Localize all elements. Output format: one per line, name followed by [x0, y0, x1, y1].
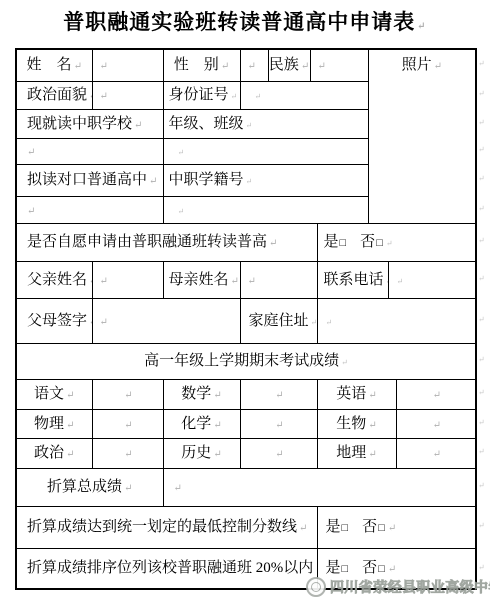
- paragraph-mark: ↵: [87, 91, 92, 102]
- current-school-label: 现就读中职学校: [27, 116, 132, 132]
- paragraph-mark: ↵: [211, 420, 221, 431]
- row-cutoff-question: 折算成绩达到统一划定的最低控制分数线↵ 是□否□↵: [16, 506, 476, 548]
- subject-score-cell: ↵: [396, 409, 476, 438]
- scores-header-cell: 高一年级上学期期末考试成绩↵: [16, 343, 476, 379]
- application-form-table: 姓 名↵ ↵ 性 别↵ ↵ 民族↵ ↵ 照片↵ 政治面貌↵ ↵ 身份证号↵ ↵ …: [15, 48, 477, 590]
- subject-label-cell: 政治↵: [16, 438, 92, 468]
- page-title: 普职融通实验班转读普通高中申请表↵: [0, 6, 490, 36]
- subject-label-cell: 生物↵: [317, 409, 396, 438]
- paragraph-mark: ↵: [211, 449, 221, 460]
- grade-class-input-cell: ↵: [163, 138, 368, 164]
- signature-label-cell: 父母签字↵: [16, 298, 92, 343]
- address-label-cell: 家庭住址↵: [240, 298, 317, 343]
- paragraph-mark: ↵: [246, 276, 256, 287]
- row-signature-address: 父母签字↵ ↵ 家庭住址↵ ↵: [16, 298, 476, 343]
- subject-score-cell: ↵: [396, 379, 476, 409]
- paragraph-mark: ↵: [316, 61, 326, 72]
- subject-score-cell: ↵: [92, 379, 163, 409]
- voluntary-options-cell: 是□否□↵: [317, 223, 476, 261]
- no-label: 否: [362, 560, 377, 576]
- school-watermark-text: 四川省荥经县职业高级中学: [330, 577, 490, 597]
- row-end-mark: ↵: [478, 482, 485, 490]
- name-label: 姓 名: [27, 57, 72, 73]
- subject-label: 物理: [34, 416, 64, 432]
- mother-name-label-cell: 母亲姓名↵: [163, 261, 240, 298]
- subject-score-cell: ↵: [396, 438, 476, 468]
- paragraph-mark: ↵: [172, 483, 182, 494]
- cell-mark: ↵: [176, 148, 185, 157]
- signature-input-cell: ↵: [92, 298, 240, 343]
- paragraph-mark: ↵: [87, 276, 92, 287]
- paragraph-mark: ↵: [386, 564, 396, 575]
- paragraph-mark: ↵: [299, 61, 309, 72]
- school-seal-icon: [306, 577, 326, 597]
- cell-mark: ↵: [395, 277, 404, 286]
- yes-label: 是: [326, 560, 341, 576]
- paragraph-mark: ↵: [366, 449, 376, 460]
- paragraph-mark: ↵: [386, 523, 396, 534]
- political-status-input-cell: ↵: [92, 81, 163, 109]
- vocational-id-label-cell: 中职学籍号↵: [163, 164, 368, 196]
- paragraph-mark: ↵: [366, 390, 376, 401]
- voluntary-question-cell: 是否自愿申请由普职融通班转读普高↵: [16, 223, 317, 261]
- grade-class-label-cell: 年级、班级↵: [163, 109, 368, 138]
- paragraph-mark: ↵: [366, 420, 376, 431]
- paragraph-mark: ↵: [273, 390, 283, 401]
- name-label-cell: 姓 名↵: [16, 49, 92, 81]
- cell-mark: ↵: [244, 121, 253, 130]
- subject-label-cell: 地理↵: [317, 438, 396, 468]
- paragraph-mark: ↵: [72, 61, 82, 72]
- mother-name-input-cell: ↵: [240, 261, 317, 298]
- address-label: 家庭住址: [249, 313, 309, 329]
- row-scores-1: 语文↵ ↵ 数学↵ ↵ 英语↵ ↵: [16, 379, 476, 409]
- subject-label-cell: 数学↵: [163, 379, 240, 409]
- paragraph-mark: ↵: [64, 420, 74, 431]
- row-end-mark: ↵: [478, 316, 485, 324]
- yes-checkbox-icon: □: [341, 522, 350, 534]
- row-end-mark: ↵: [478, 205, 485, 213]
- no-label: 否: [360, 234, 375, 250]
- gender-label: 性 别: [174, 57, 219, 73]
- current-school-input-cell: ↵: [16, 138, 163, 164]
- paragraph-mark: ↵: [431, 420, 441, 431]
- paragraph-mark: ↵: [415, 21, 426, 32]
- paragraph-mark: ↵: [122, 390, 132, 401]
- grade-class-label: 年级、班级: [169, 116, 244, 132]
- paragraph-mark: ↵: [219, 61, 229, 72]
- row-end-mark: ↵: [478, 60, 485, 68]
- ethnicity-input-cell: ↵: [310, 49, 368, 81]
- row-end-mark: ↵: [478, 175, 485, 183]
- subject-score-cell: ↵: [92, 409, 163, 438]
- row-parents: 父亲姓名↵ ↵ 母亲姓名↵ ↵ 联系电话↵ ↵: [16, 261, 476, 298]
- paragraph-mark: ↵: [98, 61, 108, 72]
- paragraph-mark: ↵: [229, 276, 239, 287]
- subject-label-cell: 物理↵: [16, 409, 92, 438]
- total-score-label-cell: 折算总成绩↵: [16, 468, 163, 506]
- cell-mark: ↵: [384, 277, 389, 286]
- paragraph-mark: ↵: [122, 449, 132, 460]
- paragraph-mark: ↵: [122, 420, 132, 431]
- subject-score-cell: ↵: [92, 438, 163, 468]
- row-end-mark: ↵: [478, 275, 485, 283]
- subject-score-cell: ↵: [240, 409, 317, 438]
- paragraph-mark: ↵: [122, 483, 132, 494]
- total-score-input-cell: ↵: [163, 468, 476, 506]
- political-status-label: 政治面貌: [27, 87, 87, 103]
- name-input-cell: ↵: [92, 49, 163, 81]
- paragraph-mark: ↵: [64, 390, 74, 401]
- total-score-label: 折算总成绩: [47, 479, 122, 495]
- paragraph-mark: ↵: [431, 449, 441, 460]
- no-label: 否: [362, 519, 377, 535]
- row-scores-header: 高一年级上学期期末考试成绩↵: [16, 343, 476, 379]
- subject-label-cell: 英语↵: [317, 379, 396, 409]
- no-checkbox-icon: □: [377, 563, 386, 575]
- id-number-label-cell: 身份证号↵: [163, 81, 240, 109]
- ranking-question-label: 折算成绩排序位列该校普职融通班 20%以内: [27, 560, 313, 576]
- row-end-mark: ↵: [478, 90, 485, 98]
- political-status-label-cell: 政治面貌↵: [16, 81, 92, 109]
- cell-mark: ↵: [244, 177, 253, 186]
- paragraph-mark: ↵: [211, 390, 221, 401]
- cutoff-question-cell: 折算成绩达到统一划定的最低控制分数线↵: [16, 506, 317, 548]
- subject-label: 生物: [336, 416, 366, 432]
- subject-score-cell: ↵: [240, 379, 317, 409]
- paragraph-mark: ↵: [25, 147, 35, 158]
- cell-mark: ↵: [339, 358, 348, 367]
- ethnicity-label: 民族: [269, 57, 299, 73]
- cell-mark: ↵: [384, 239, 393, 248]
- voluntary-question-label: 是否自愿申请由普职融通班转读普高: [27, 234, 267, 250]
- address-input-cell: ↵: [317, 298, 476, 343]
- no-checkbox-icon: □: [377, 522, 386, 534]
- mother-name-label: 母亲姓名: [169, 272, 229, 288]
- cell-mark: ↵: [324, 318, 333, 327]
- gender-label-cell: 性 别↵: [163, 49, 240, 81]
- paragraph-mark: ↵: [273, 449, 283, 460]
- phone-label-cell: 联系电话↵: [317, 261, 388, 298]
- subject-label: 政治: [34, 445, 64, 461]
- cutoff-question-label: 折算成绩达到统一划定的最低控制分数线: [27, 519, 297, 535]
- ethnicity-label-cell: 民族↵: [268, 49, 310, 81]
- paragraph-mark: ↵: [313, 564, 317, 575]
- row-scores-3: 政治↵ ↵ 历史↵ ↵ 地理↵ ↵: [16, 438, 476, 468]
- yes-checkbox-icon: □: [341, 563, 350, 575]
- subject-score-cell: ↵: [240, 438, 317, 468]
- paragraph-mark: ↵: [432, 61, 442, 72]
- row-total-score: 折算总成绩↵ ↵: [16, 468, 476, 506]
- cell-mark: ↵: [229, 92, 238, 101]
- scores-header-label: 高一年级上学期期末考试成绩: [144, 353, 339, 369]
- row-end-mark: ↵: [478, 356, 485, 364]
- yes-label: 是: [324, 234, 339, 250]
- cutoff-options-cell: 是□否□↵: [317, 506, 476, 548]
- target-school-label-cell: 拟读对口普通高中↵: [16, 164, 163, 196]
- paragraph-mark: ↵: [267, 238, 277, 249]
- row-end-mark: ↵: [478, 522, 485, 530]
- row-scores-2: 物理↵ ↵ 化学↵ ↵ 生物↵ ↵: [16, 409, 476, 438]
- paragraph-mark: ↵: [273, 420, 283, 431]
- paragraph-mark: ↵: [64, 449, 74, 460]
- subject-label: 英语: [336, 386, 366, 402]
- ranking-question-cell: 折算成绩排序位列该校普职融通班 20%以内↵: [16, 548, 317, 589]
- row-end-mark: ↵: [478, 119, 485, 127]
- subject-label-cell: 语文↵: [16, 379, 92, 409]
- no-checkbox-icon: □: [375, 237, 384, 249]
- paragraph-mark: ↵: [98, 276, 108, 287]
- vocational-id-input-cell: ↵: [163, 196, 368, 223]
- id-number-input-cell: ↵: [240, 81, 368, 109]
- paragraph-mark: ↵: [147, 176, 157, 187]
- subject-label-cell: 化学↵: [163, 409, 240, 438]
- paragraph-mark: ↵: [297, 523, 307, 534]
- paragraph-mark: ↵: [98, 317, 108, 328]
- gender-input-cell: ↵: [240, 49, 268, 81]
- signature-label: 父母签字: [27, 313, 87, 329]
- photo-label: 照片: [402, 57, 432, 73]
- phone-input-cell: ↵: [388, 261, 476, 298]
- vocational-id-label: 中职学籍号: [169, 172, 244, 188]
- subject-label: 历史: [181, 445, 211, 461]
- photo-cell: 照片↵: [368, 49, 476, 223]
- target-school-label: 拟读对口普通高中: [27, 172, 147, 188]
- row-voluntary-question: 是否自愿申请由普职融通班转读普高↵ 是□否□↵: [16, 223, 476, 261]
- paragraph-mark: ↵: [87, 317, 92, 328]
- father-name-input-cell: ↵: [92, 261, 163, 298]
- cell-mark: ↵: [176, 207, 185, 216]
- subject-label: 语文: [34, 386, 64, 402]
- page-title-text: 普职融通实验班转读普通高中申请表: [63, 10, 415, 34]
- paragraph-mark: ↵: [246, 61, 256, 72]
- yes-checkbox-icon: □: [339, 237, 348, 249]
- current-school-label-cell: 现就读中职学校↵: [16, 109, 163, 138]
- target-school-input-cell: ↵: [16, 196, 163, 223]
- cell-mark: ↵: [309, 318, 317, 327]
- row-end-mark: ↵: [478, 237, 485, 245]
- paragraph-mark: ↵: [431, 390, 441, 401]
- paragraph-mark: ↵: [98, 91, 108, 102]
- row-end-mark: ↵: [478, 419, 485, 427]
- phone-label: 联系电话: [324, 272, 384, 288]
- father-name-label: 父亲姓名: [27, 272, 87, 288]
- yes-label: 是: [326, 519, 341, 535]
- row-end-mark: ↵: [478, 389, 485, 397]
- subject-label: 数学: [181, 386, 211, 402]
- subject-label-cell: 历史↵: [163, 438, 240, 468]
- paragraph-mark: ↵: [25, 206, 35, 217]
- subject-label: 地理: [336, 445, 366, 461]
- school-watermark: 四川省荥经县职业高级中学: [306, 575, 490, 599]
- row-end-mark: ↵: [478, 448, 485, 456]
- row-name-gender-ethnicity: 姓 名↵ ↵ 性 别↵ ↵ 民族↵ ↵ 照片↵: [16, 49, 476, 81]
- id-number-label: 身份证号: [169, 87, 229, 103]
- subject-label: 化学: [181, 416, 211, 432]
- paragraph-mark: ↵: [132, 120, 142, 131]
- row-end-mark: ↵: [478, 146, 485, 154]
- father-name-label-cell: 父亲姓名↵: [16, 261, 92, 298]
- row-end-mark: ↵: [478, 564, 485, 572]
- cell-mark: ↵: [253, 92, 262, 101]
